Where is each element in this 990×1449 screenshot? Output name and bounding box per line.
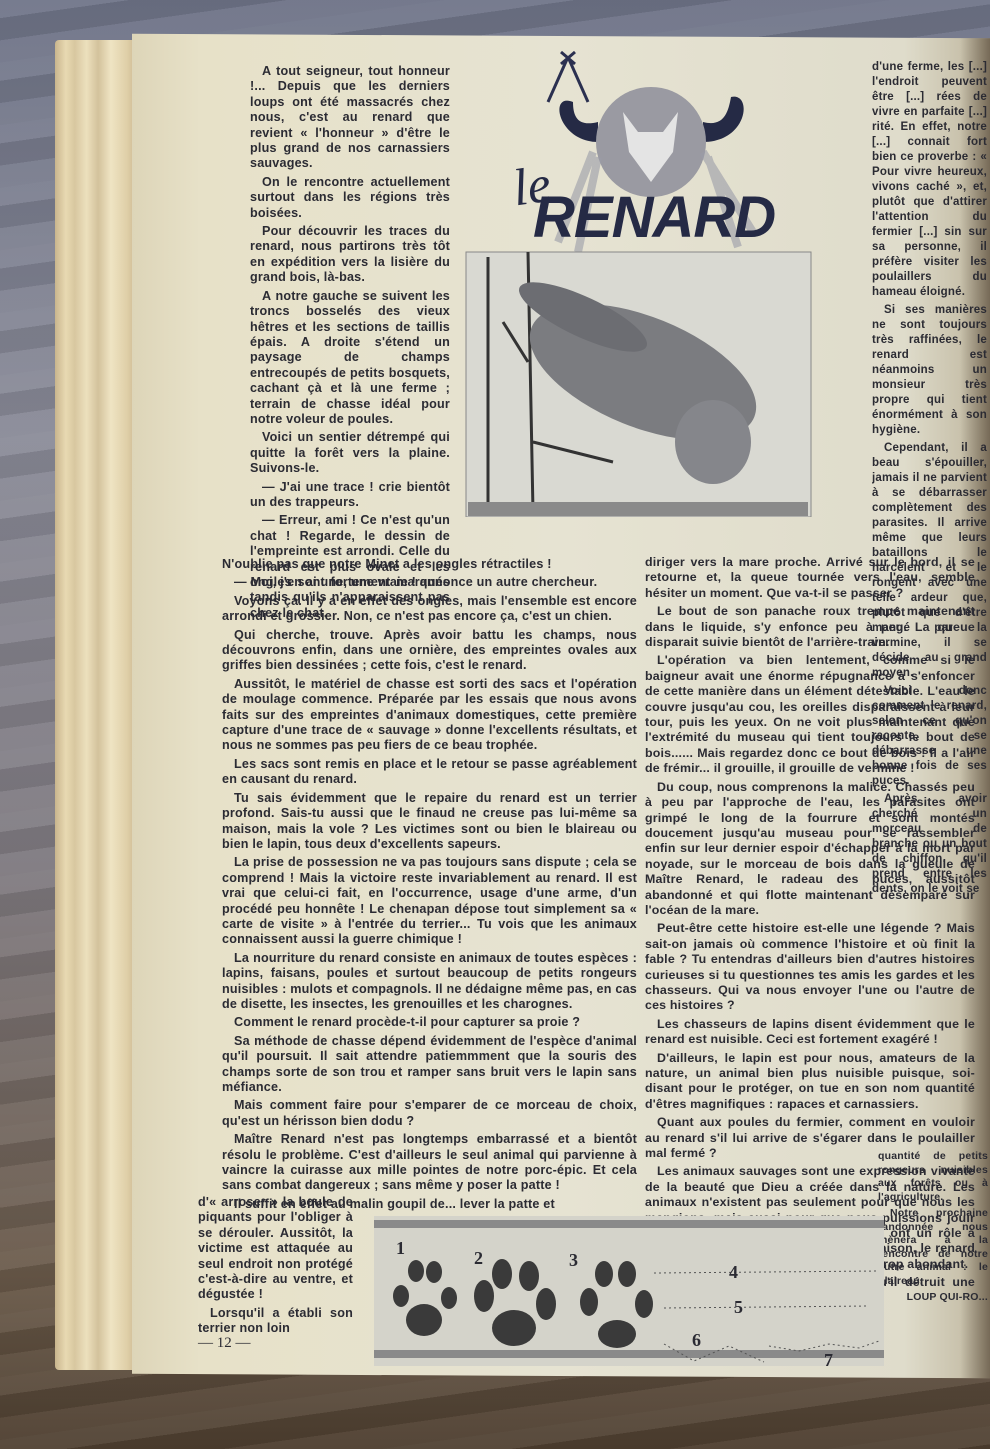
column-left-wide: N'oublie pas que notre Minet a les ongle… [222, 557, 637, 1215]
author-signature: LOUP QUI-RO... [878, 1291, 988, 1305]
paragraph: Lorsqu'il a établi son terrier non loin [198, 1306, 353, 1337]
column-right-bottom: quantité de petits rongeurs nuisibles au… [878, 1150, 988, 1308]
paragraph: L'opération va bien lentement, comme si … [645, 653, 975, 776]
svg-text:1: 1 [396, 1238, 405, 1258]
paragraph: Tu sais évidemment que le repaire du ren… [222, 791, 637, 853]
animal-tracks-illustration: 1 2 3 4 5 6 7 [374, 1216, 884, 1366]
paragraph: Les chasseurs de lapins disent évidemmen… [645, 1017, 975, 1048]
paragraph: Les sacs sont remis en place et le retou… [222, 757, 637, 788]
page-title: RENARD [533, 184, 775, 251]
paragraph: Aussitôt, le matériel de chasse est sort… [222, 677, 637, 754]
column-left-top: A tout seigneur, tout honneur !... Depui… [250, 64, 450, 624]
svg-text:5: 5 [734, 1297, 743, 1317]
fox-emblem-icon [463, 42, 813, 517]
paragraph: D'ailleurs, le lapin est pour nous, amat… [645, 1051, 975, 1113]
page-number: — 12 — [198, 1335, 251, 1352]
paragraph: A notre gauche se suivent les troncs bos… [250, 289, 450, 428]
svg-text:4: 4 [729, 1262, 738, 1282]
paragraph: Comment le renard procède-t-il pour capt… [222, 1015, 637, 1030]
svg-text:3: 3 [569, 1250, 578, 1270]
paragraph: d'« arroser » la boule de piquants pour … [198, 1195, 353, 1303]
paragraph: Si ses manières ne sont toujours très ra… [872, 303, 987, 438]
paragraph: Sa méthode de chasse dépend évidemment d… [222, 1034, 637, 1096]
paragraph: Voyons ça. Il y a en effet des ongles, m… [222, 594, 637, 625]
paragraph: Peut-être cette histoire est-elle une lé… [645, 921, 975, 1013]
paragraph: Pour découvrir les traces du renard, nou… [250, 224, 450, 286]
svg-text:2: 2 [474, 1248, 483, 1268]
paragraph: La nourriture du renard consiste en anim… [222, 951, 637, 1013]
paragraph: Le bout de son panache roux trempe maint… [645, 604, 975, 650]
paragraph: Mais comment faire pour s'emparer de ce … [222, 1098, 637, 1129]
paragraph: d'une ferme, les [...] l'endroit peuvent… [872, 60, 987, 300]
paragraph: N'oublie pas que notre Minet a les ongle… [222, 557, 637, 572]
paragraph: Notre prochaine randonnée nous mènera à … [878, 1207, 988, 1288]
header-illustration: le RENARD [463, 42, 813, 517]
svg-text:7: 7 [824, 1350, 833, 1366]
paragraph: La prise de possession ne va pas toujour… [222, 855, 637, 947]
paragraph: Du coup, nous comprenons la malice. Chas… [645, 780, 975, 919]
paragraph: Qui cherche, trouve. Après avoir battu l… [222, 628, 637, 674]
paragraph: — J'ai une trace ! crie bientôt un des t… [250, 480, 450, 511]
svg-text:6: 6 [692, 1330, 701, 1350]
paragraph: A tout seigneur, tout honneur !... Depui… [250, 64, 450, 172]
column-left-bottom: d'« arroser » la boule de piquants pour … [198, 1195, 353, 1340]
paragraph: — Moi, j'en ai une, une vraie ! annonce … [222, 575, 637, 590]
paragraph: Voici un sentier détrempé qui quitte la … [250, 430, 450, 476]
paragraph: quantité de petits rongeurs nuisibles au… [878, 1150, 988, 1204]
paragraph: diriger vers la mare proche. Arrivé sur … [645, 555, 975, 601]
paragraph: On le rencontre actuellement surtout dan… [250, 175, 450, 221]
paragraph: Maître Renard n'est pas longtemps embarr… [222, 1132, 637, 1194]
